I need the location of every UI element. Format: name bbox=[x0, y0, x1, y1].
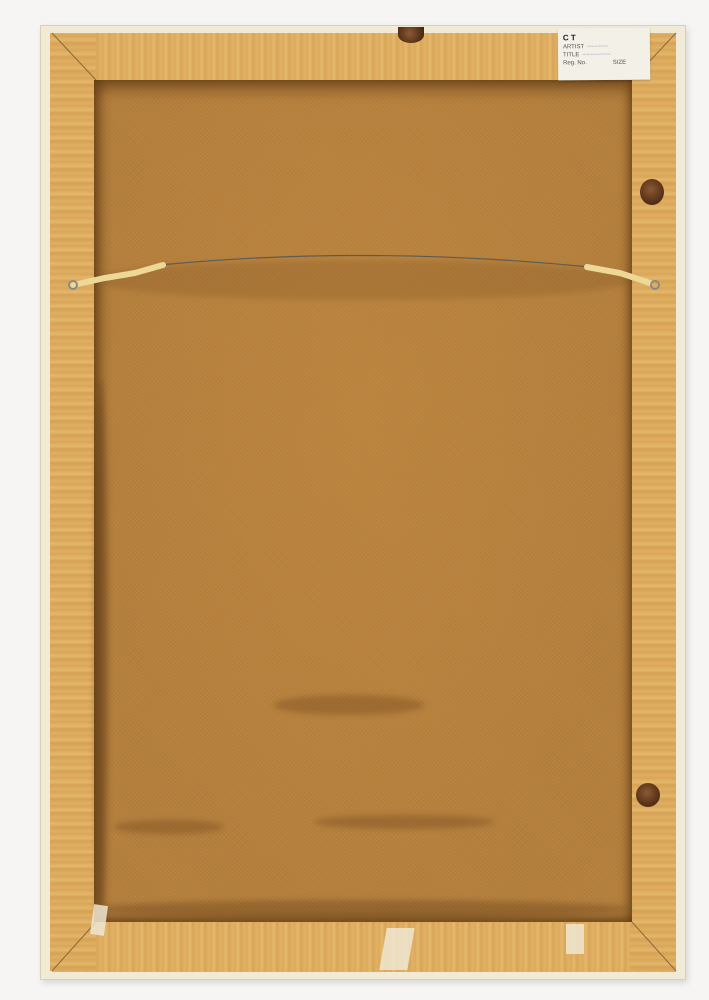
label-row-reg: Reg. No. SIZE bbox=[563, 60, 645, 67]
screw-eye-left bbox=[66, 279, 74, 287]
stain-center bbox=[274, 695, 424, 715]
stain-lower-left bbox=[114, 820, 224, 834]
screw-eye-right bbox=[651, 279, 659, 287]
hanging-wire bbox=[65, 245, 665, 295]
hardboard-back-panel bbox=[94, 80, 632, 922]
label-row-artist: ARTIST ~~~~~~ bbox=[563, 44, 645, 51]
stain-left-edge bbox=[94, 380, 108, 920]
gallery-label: C T ARTIST ~~~~~~ TITLE ~~~~~~~~ Reg. No… bbox=[558, 28, 650, 81]
tape-piece-right bbox=[566, 924, 584, 954]
label-key: TITLE bbox=[563, 52, 579, 58]
label-row-title: TITLE ~~~~~~~~ bbox=[563, 52, 645, 59]
label-heading: C T bbox=[563, 33, 645, 43]
label-key: SIZE bbox=[613, 60, 626, 66]
label-value: ~~~~~~~~ bbox=[582, 52, 610, 58]
label-value: ~~~~~~ bbox=[587, 44, 608, 50]
stain-lower-mid bbox=[314, 815, 494, 829]
label-key: Reg. No. bbox=[563, 60, 587, 66]
stain-bottom-edge bbox=[94, 900, 632, 918]
label-key: ARTIST bbox=[563, 44, 584, 50]
